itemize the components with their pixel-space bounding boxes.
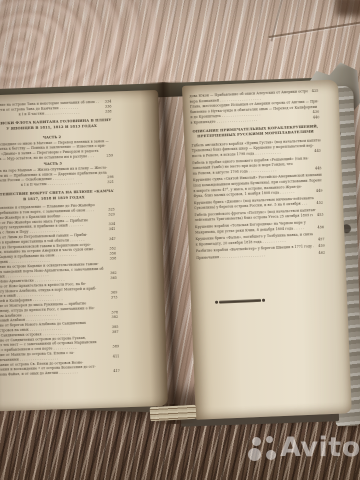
left-page-text: бывание на острове Тана и некоторые заме… bbox=[0, 99, 121, 406]
right-page: дова Юкон — Прибавление об описи Алеутск… bbox=[182, 79, 352, 419]
avito-watermark: Avito bbox=[228, 430, 360, 476]
page-stack-edges bbox=[150, 405, 197, 421]
avito-logo-dot-icon bbox=[248, 448, 261, 461]
ornament-bar bbox=[219, 299, 261, 303]
wood-dark-corner bbox=[336, 0, 360, 16]
avito-wordmark: Avito bbox=[280, 432, 360, 463]
avito-logo-dot-icon bbox=[266, 450, 276, 460]
avito-logo-dot-icon bbox=[266, 436, 273, 443]
book-photo: бывание на острове Тана и некоторые заме… bbox=[0, 0, 360, 480]
ornament-left-dot bbox=[215, 300, 218, 303]
right-page-text: дова Юкон — Прибавление об описи Алеутск… bbox=[189, 88, 331, 414]
ornament-right-dot bbox=[262, 298, 265, 301]
avito-logo-dot-icon bbox=[252, 437, 261, 446]
